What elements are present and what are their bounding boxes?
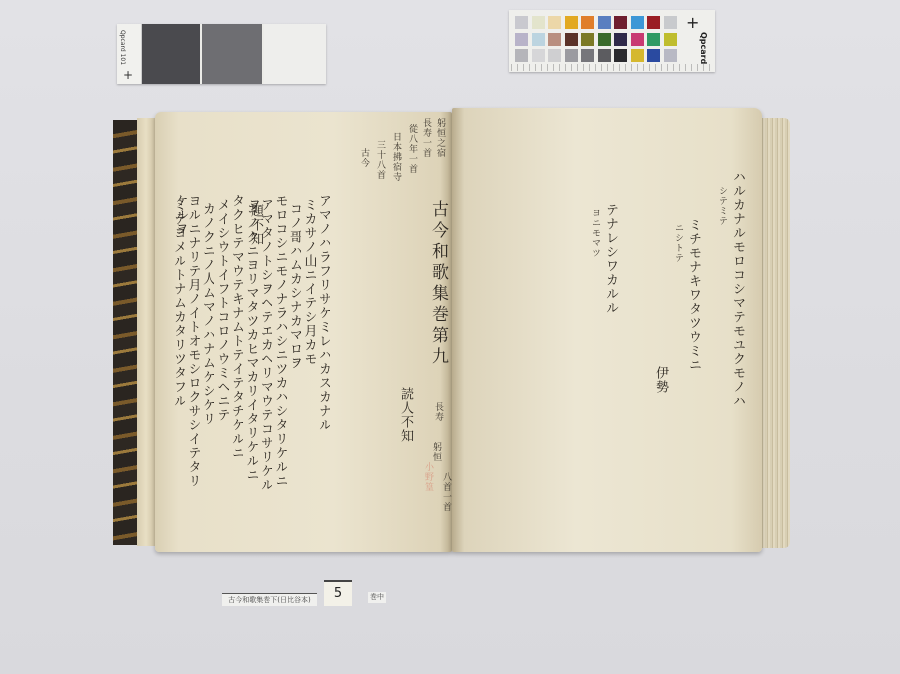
color-patch bbox=[647, 33, 660, 46]
color-patch bbox=[548, 33, 561, 46]
poem-column: ハルカナルモロコシマテモユクモノハ bbox=[731, 170, 744, 408]
right-page: ハルカナルモロコシマテモユクモノハ シテミテ ミチモナキワタツウミニ ニシトテ … bbox=[452, 108, 762, 552]
author-note: 躬恒 bbox=[431, 442, 440, 462]
header-note: 長寿一首 bbox=[421, 118, 430, 158]
red-seal: 小野篁 bbox=[423, 462, 432, 492]
color-patch bbox=[581, 49, 594, 62]
color-patch bbox=[565, 33, 578, 46]
text-column: コノ哥ハムカシナカマロヲ bbox=[288, 202, 301, 502]
color-patch bbox=[515, 33, 528, 46]
card-ruler bbox=[511, 64, 711, 71]
color-patch bbox=[598, 49, 611, 62]
color-calibration-card: + Qpcard bbox=[509, 10, 715, 72]
color-patch bbox=[565, 49, 578, 62]
color-patch bbox=[532, 16, 545, 29]
color-patch bbox=[664, 49, 677, 62]
left-page: 躬恒之宿 長寿一首 從八年一首 日本拂宿寺 三十八首 古今 古今和歌集巻第九 長… bbox=[155, 112, 452, 552]
book-spine-brocade bbox=[113, 120, 137, 545]
text-column: コノクニヨリマタツカヒマカリイタリケルニ bbox=[245, 202, 258, 502]
color-patch bbox=[614, 16, 627, 29]
grey-patch-mid bbox=[202, 24, 262, 84]
color-patch bbox=[631, 49, 644, 62]
color-patch bbox=[647, 16, 660, 29]
color-patch bbox=[631, 33, 644, 46]
poem-note: シテミテ bbox=[717, 186, 726, 226]
poem-note: ニシトテ bbox=[673, 223, 682, 263]
color-patch bbox=[614, 49, 627, 62]
color-patch bbox=[664, 33, 677, 46]
grey-scale-calibration-card: Qpcard 101 + bbox=[117, 24, 326, 84]
color-patch bbox=[548, 49, 561, 62]
color-patch bbox=[581, 16, 594, 29]
author-note: 長寿 bbox=[433, 402, 442, 422]
color-patch bbox=[515, 49, 528, 62]
grey-patch-dark bbox=[142, 24, 200, 84]
crosshair-icon: + bbox=[686, 13, 699, 32]
volume-title: 古今和歌集巻第九 bbox=[429, 200, 446, 368]
author-note: 八首 bbox=[441, 472, 450, 492]
color-patch bbox=[614, 33, 627, 46]
color-patch bbox=[565, 16, 578, 29]
color-patch bbox=[631, 16, 644, 29]
poem-column: ヨニモマツ bbox=[590, 208, 599, 258]
header-note: 古今 bbox=[359, 148, 368, 168]
grey-card-brand: Qpcard 101 bbox=[119, 30, 126, 65]
page-edges bbox=[760, 118, 790, 548]
author-note: 一首 bbox=[441, 492, 450, 512]
book-title-label: 古今和歌集巻下(日比谷本) bbox=[222, 593, 317, 606]
color-patch bbox=[515, 16, 528, 29]
book-spine-paper bbox=[137, 118, 155, 546]
text-column: アマノハラフリサケミレハカスカナル bbox=[317, 194, 330, 494]
page-number: 5 bbox=[324, 580, 352, 606]
header-note: 三十八首 bbox=[375, 140, 384, 180]
color-patch bbox=[598, 33, 611, 46]
poem-column: ミチモナキワタツウミニ bbox=[687, 218, 700, 372]
volume-label: 巻中 bbox=[368, 592, 386, 603]
text-column: ミテヨメルトナムカタリツタフル bbox=[172, 198, 185, 498]
text-column: メイシウトイフトコロノウミヘニテ bbox=[216, 198, 229, 498]
color-card-brand: Qpcard bbox=[699, 32, 708, 64]
crosshair-icon: + bbox=[123, 68, 133, 82]
poem-author: 伊勢 bbox=[654, 366, 667, 394]
color-patch bbox=[664, 16, 677, 29]
text-column: モロコシニモノナラハシニツカハシタリケルニ bbox=[274, 194, 287, 494]
header-note: 躬恒之宿 bbox=[435, 118, 444, 158]
text-column: タクヒテマウテキナムトテイテタチケルニ bbox=[230, 194, 243, 494]
color-patch bbox=[598, 16, 611, 29]
color-patch bbox=[532, 49, 545, 62]
color-patch bbox=[647, 49, 660, 62]
grey-patch-light bbox=[264, 24, 326, 84]
header-note: 日本拂宿寺 bbox=[391, 132, 400, 182]
poem-author: 読人不知 bbox=[399, 387, 412, 443]
color-patch bbox=[581, 33, 594, 46]
text-column: ミカサノ山ニイテシ月カモ bbox=[303, 198, 316, 498]
color-patch bbox=[532, 33, 545, 46]
poem-column: テナレシワカルル bbox=[604, 203, 617, 315]
color-patch bbox=[548, 16, 561, 29]
text-column: カノクニノ人ムマノハナムケシケリ bbox=[201, 202, 214, 502]
header-note: 從八年一首 bbox=[407, 124, 416, 174]
